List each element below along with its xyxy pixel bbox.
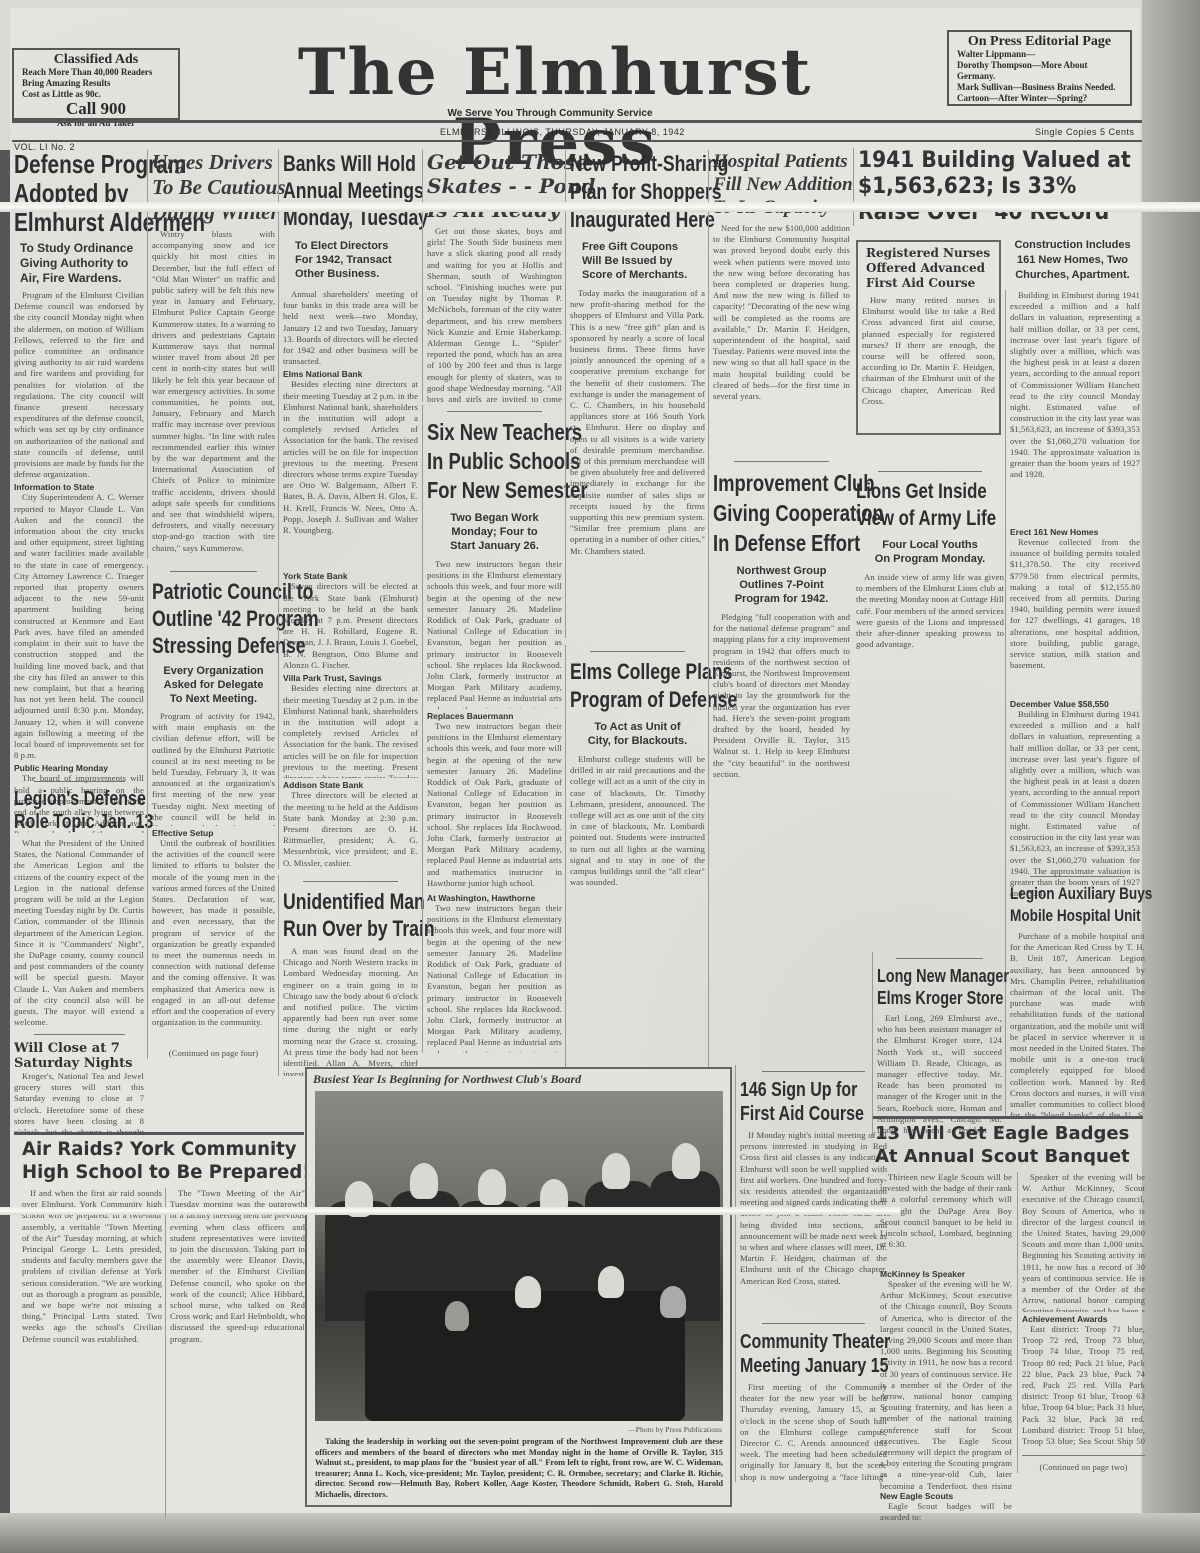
article-body: Wintry blasts with accompanying snow and… — [152, 229, 275, 559]
deck-line: To Elect Directors — [295, 239, 418, 253]
headline: Patriotic Council to — [152, 578, 250, 605]
headline: First Aid Course — [740, 1102, 858, 1126]
headline: Unidentified Man — [283, 888, 391, 915]
deck-line: Start January 26. — [427, 539, 562, 553]
deck-line: To Act as Unit of — [570, 720, 705, 734]
subhead: Addison State Bank — [283, 780, 418, 790]
headline: Program of Defense — [570, 686, 678, 714]
ear-call: Call 900 — [22, 100, 170, 118]
subhead: At Washington, Hawthorne — [427, 893, 562, 903]
headline: Run Over by Train — [283, 915, 391, 942]
deck-line: Northwest Group — [713, 564, 850, 578]
headline: Role Topic Jan. 13 — [14, 811, 118, 834]
article-body: Program of activity for 1942, with main … — [152, 711, 275, 826]
headline: 13 Will Get Eagle Badges — [875, 1122, 1143, 1145]
headline: Skates - - Pond — [427, 174, 562, 198]
divider — [170, 571, 256, 572]
subhead: Replaces Bauermann — [427, 711, 562, 721]
eagle-body-left: Thirteen new Eagle Scouts will be invest… — [880, 1172, 1012, 1523]
article-body: The "Town Meeting of the Air" Tuesday mo… — [170, 1188, 305, 1518]
article-improvement-club: Improvement Club Giving Cooperation In D… — [708, 455, 850, 1082]
article-legion-auxiliary: Legion Auxiliary Buys Mobile Hospital Un… — [1005, 870, 1145, 1116]
masthead-rule-top — [12, 120, 1142, 123]
headline: 1941 Building Valued at — [858, 148, 1120, 174]
ear-line: Reach More Than 40,000 Readers — [22, 67, 170, 78]
deck-line: Monday; Four to — [427, 525, 562, 539]
subhead: December Value $58,550 — [1010, 699, 1140, 709]
article-body: Two new instructors began their position… — [427, 559, 562, 709]
article-body: Two new instructors began their position… — [427, 721, 562, 891]
article-body: Besides electing nine directors at their… — [283, 379, 418, 569]
headline: In Public Schools — [427, 447, 535, 476]
deck-line: Free Gift Coupons — [582, 240, 705, 254]
photo-credit: —Photo by Press Publications — [628, 1424, 722, 1435]
divider — [1030, 876, 1125, 877]
deck: Four Local Youths On Program Monday. — [856, 538, 1004, 566]
article-body: If and when the first air raid sounds ov… — [22, 1188, 162, 1518]
headline: Legion's Defense — [14, 788, 118, 811]
article-community-theater: Community Theater Meeting January 15 Fir… — [735, 1317, 887, 1482]
subhead: Effective Setup — [152, 828, 275, 838]
masthead-rule-bottom — [12, 140, 1142, 142]
headline: Annual Meetings — [283, 177, 391, 204]
divider — [762, 1323, 865, 1324]
headline-line: Offered Advanced — [866, 261, 995, 276]
article-body: What the President of the United States,… — [14, 838, 144, 1028]
divider — [734, 461, 830, 462]
ear-line: Cartoon—After Winter—Spring? — [957, 93, 1122, 104]
article-body: If Monday night's initial meeting of all… — [740, 1130, 887, 1340]
air-raids-body-left: If and when the first air raid sounds ov… — [22, 1188, 162, 1518]
person-face — [660, 1286, 686, 1318]
article-legion-defense: Legion's Defense Role Topic Jan. 13 What… — [14, 775, 144, 1135]
article-body: Earl Long, 269 Elmhurst ave., who has be… — [877, 1013, 1002, 1138]
photo-feature-box: Busiest Year Is Beginning for Northwest … — [305, 1067, 732, 1507]
deck-line: Score of Merchants. — [582, 268, 705, 282]
headline: Outline '42 Program — [152, 605, 250, 632]
air-raids-rule — [14, 1132, 304, 1135]
article-banks-meetings: Banks Will Hold Annual Meetings Monday, … — [278, 150, 418, 869]
fold-crease-bottom — [0, 1207, 900, 1215]
article-body: First meeting of the Community theater f… — [740, 1382, 887, 1482]
article-first-aid-signup: 146 Sign Up for First Aid Course If Mond… — [735, 1065, 887, 1340]
deck-line: Air, Fire Wardens. — [20, 271, 144, 286]
article-body: Until the outbreak of hostilities the ac… — [152, 838, 275, 1048]
ear-line: Walter Lippmann— — [957, 49, 1122, 60]
deck-line: Other Business. — [295, 267, 418, 281]
article-patriotic-council: Patriotic Council to Outline '42 Program… — [147, 565, 275, 1059]
headline: Banks Will Hold — [283, 150, 391, 177]
deck: Northwest Group Outlines 7-Point Program… — [713, 564, 850, 606]
photo-title: Busiest Year Is Beginning for Northwest … — [307, 1069, 730, 1090]
deck-line: Four Local Youths — [856, 538, 1004, 552]
article-body: Need for the new $100,000 addition to th… — [713, 223, 850, 493]
price: Single Copies 5 Cents — [1035, 127, 1135, 137]
article-body: East district: Troop 71 blue, Troop 72 r… — [1022, 1324, 1145, 1449]
deck-line: Giving Authority to — [20, 256, 144, 271]
classified-ads-ear: Classified Ads Reach More Than 40,000 Re… — [12, 48, 180, 120]
ear-heading: Classified Ads — [22, 54, 170, 65]
page-edge-shadow — [1142, 0, 1200, 1553]
headline: Legion Auxiliary Buys — [1010, 883, 1118, 905]
fold-crease-top — [0, 202, 1200, 212]
ear-heading: On Press Editorial Page — [957, 36, 1122, 47]
article-body: Get out those skates, boys and girls! Th… — [427, 226, 562, 402]
divider — [34, 1034, 125, 1035]
deck: To Study Ordinance Giving Authority to A… — [20, 241, 144, 286]
article-body: Revenue collected from the issuance of b… — [1010, 537, 1140, 697]
headline: Community Theater — [740, 1330, 858, 1354]
divider — [896, 958, 984, 959]
headline: To Be Cautious — [152, 175, 275, 200]
subhead: Public Hearing Monday — [14, 763, 144, 773]
article-long-kroger-manager: Long New Manager Elms Kroger Store Earl … — [872, 952, 1002, 1138]
subhead: York State Bank — [283, 571, 418, 581]
article-body: Three directors will be elected at the m… — [283, 790, 418, 868]
article-body: How many retired nurses in Elmhurst woul… — [862, 295, 995, 425]
deck: Free Gift Coupons Will Be Issued by Scor… — [582, 240, 705, 282]
deck-line: City, for Blackouts. — [570, 734, 705, 748]
deck-line: Outlines 7-Point — [713, 578, 850, 592]
deck-line: 161 New Homes, Two — [1005, 253, 1140, 268]
headline: View of Army Life — [856, 505, 974, 532]
ear-line: Bring Amazing Results — [22, 78, 170, 89]
headline: Elms Kroger Store — [877, 987, 977, 1009]
divider — [762, 1071, 865, 1072]
article-elms-college: Elms College Plans Program of Defense To… — [565, 645, 705, 1074]
article-body: A man was found dead on the Chicago and … — [283, 946, 418, 1076]
photo-caption: Taking the leadership in working out the… — [315, 1437, 723, 1503]
headline: Fill New Addition — [713, 173, 850, 196]
article-air-raids-york: Air Raids? York Community High School to… — [22, 1138, 307, 1184]
headline: Six New Teachers — [427, 418, 535, 447]
editorial-page-ear: On Press Editorial Page Walter Lippmann—… — [947, 30, 1132, 106]
headline: Meeting January 15 — [740, 1354, 858, 1378]
headline: At Annual Scout Banquet — [875, 1145, 1143, 1168]
deck: Every Organization Asked for Delegate To… — [152, 664, 275, 706]
subhead: Erect 161 New Homes — [1010, 527, 1140, 537]
ear-line: Mark Sullivan—Business Brains Needed. — [957, 82, 1122, 93]
article-body: Eagle Scout badges will be awarded to: — [880, 1501, 1012, 1523]
masthead-tagline: We Serve You Through Community Service — [360, 108, 740, 119]
headline: Mobile Hospital Unit — [1010, 905, 1118, 927]
headline: High School to Be Prepared! — [22, 1161, 293, 1184]
headline: Giving Cooperation — [713, 498, 823, 528]
divider — [878, 471, 982, 472]
deck-line: Construction Includes — [1005, 238, 1140, 253]
headline: Elms College Plans — [570, 658, 678, 686]
headline-line: Registered Nurses — [866, 246, 995, 261]
article-body: An inside view of army life was given to… — [856, 572, 1004, 882]
deck-line: Two Began Work — [427, 511, 562, 525]
deck: To Elect Directors For 1942, Transact Ot… — [295, 239, 418, 281]
article-body: Speaker of the evening will be W. Arthur… — [1022, 1172, 1145, 1312]
person-face — [515, 1276, 541, 1308]
eagle-rule — [873, 1116, 1143, 1119]
deck-line: For 1942, Transact — [295, 253, 418, 267]
article-unidentified-man: Unidentified Man Run Over by Train A man… — [278, 875, 418, 1076]
headline: Registered Nurses Offered Advanced First… — [862, 246, 995, 291]
headline: Air Raids? York Community — [22, 1138, 293, 1161]
article-body: Elmhurst college students will be drille… — [570, 754, 705, 1074]
dateline: ELMHURST, ILLINOIS, THURSDAY, JANUARY 8,… — [440, 127, 685, 137]
subhead: Villa Park Trust, Savings — [283, 673, 418, 683]
person-face — [602, 1153, 630, 1189]
article-body: Annual shareholders' meeting of four ban… — [283, 289, 418, 367]
headline: Improvement Club — [713, 468, 823, 498]
deck-line: Asked for Delegate — [152, 678, 275, 692]
headline: New Profit-Sharing — [570, 150, 678, 178]
article-body: Pledging "full cooperation with and for … — [713, 612, 850, 1082]
headline: For New Semester — [427, 476, 535, 505]
building-deck: Construction Includes 161 New Homes, Two… — [1005, 238, 1140, 283]
headline: In Defense Effort — [713, 528, 823, 558]
article-body: Building in Elmhurst during 1941 exceede… — [1010, 290, 1140, 525]
article-body: Today marks the inauguration of a new pr… — [570, 288, 705, 638]
person-face — [672, 1143, 700, 1179]
deck-line: On Program Monday. — [856, 552, 1004, 566]
person-face — [445, 1301, 469, 1331]
article-1941-building: 1941 Building Valued at $1,563,623; Is 3… — [853, 148, 1143, 226]
divider — [34, 781, 125, 782]
divider — [447, 411, 542, 412]
article-registered-nurses: Registered Nurses Offered Advanced First… — [856, 240, 1001, 435]
headline: 146 Sign Up for — [740, 1078, 858, 1102]
subhead: Elms National Bank — [283, 369, 418, 379]
article-body: Purchase of a mobile hospital unit for t… — [1010, 931, 1145, 1116]
article-body: Two new instructors began their position… — [427, 903, 562, 1053]
front-row-silhouettes — [365, 1291, 685, 1421]
headline-line: First Aid Course — [866, 276, 995, 291]
subhead: Achievement Awards — [1022, 1314, 1145, 1324]
headline: $1,563,623; Is 33% — [858, 174, 1120, 200]
person-face — [598, 1266, 624, 1298]
headline: Get Out Those — [427, 150, 562, 174]
headline: Hospital Patients — [713, 150, 850, 173]
article-body: Speaker of the evening will be W. Arthur… — [880, 1279, 1012, 1489]
divider — [303, 881, 398, 882]
binding-shadow — [0, 150, 10, 1550]
headline: Elmhurst Aldermen — [14, 208, 118, 237]
headline: Stressing Defense — [152, 632, 250, 659]
article-eagle-badges: 13 Will Get Eagle Badges At Annual Scout… — [875, 1122, 1143, 1168]
article-lions-army-life: Lions Get Inside View of Army Life Four … — [856, 465, 1004, 882]
deck-line: Churches, Apartment. — [1005, 268, 1140, 283]
article-body: City Superintendent A. C. Werner reporte… — [14, 492, 144, 761]
ear-line: Dorothy Thompson—More About Germany. — [957, 60, 1122, 82]
headline-line: Saturday Nights — [14, 1056, 144, 1071]
person-face — [410, 1163, 438, 1199]
continued-jump[interactable]: (Continued on page four) — [152, 1048, 275, 1059]
article-profit-sharing: New Profit-Sharing Plan for Shoppers Ina… — [565, 150, 705, 638]
divider — [590, 651, 685, 652]
headline-line: Will Close at 7 — [14, 1041, 144, 1056]
headline: Will Close at 7 Saturday Nights — [14, 1041, 144, 1071]
group-photo — [315, 1091, 723, 1421]
article-defense-program: Defense Program Adopted by Elmhurst Alde… — [14, 150, 144, 833]
article-body: Kroger's, National Tea and Jewel grocery… — [14, 1071, 144, 1135]
article-body: Program of the Elmhurst Civilian Defense… — [14, 290, 144, 480]
deck: To Act as Unit of City, for Blackouts. — [570, 720, 705, 748]
deck-line: Program for 1942. — [713, 592, 850, 606]
continued-jump[interactable]: (Continued on page two) — [1022, 1462, 1145, 1473]
article-six-new-teachers: Six New Teachers In Public Schools For N… — [422, 405, 562, 1053]
deck-line: To Next Meeting. — [152, 692, 275, 706]
headline: Long New Manager — [877, 965, 977, 987]
headline: Defense Program — [14, 150, 118, 179]
eagle-body-right: Speaker of the evening will be W. Arthur… — [1017, 1172, 1145, 1473]
person-face — [478, 1169, 506, 1205]
air-raids-body-right: The "Town Meeting of the Air" Tuesday mo… — [165, 1188, 305, 1518]
article-body: Seven directors will be elected at the Y… — [283, 581, 418, 671]
article-skates-pond: Get Out Those Skates - - Pond Is All Rea… — [422, 150, 562, 402]
deck: Two Began Work Monday; Four to Start Jan… — [427, 511, 562, 553]
building-body-column: Building in Elmhurst during 1941 exceede… — [1005, 290, 1140, 924]
deck-line: Will Be Issued by — [582, 254, 705, 268]
page-bottom-shadow — [0, 1513, 1200, 1553]
newspaper-page: Classified Ads Reach More Than 40,000 Re… — [0, 0, 1200, 1553]
headline: Urges Drivers — [152, 150, 275, 175]
article-body: Thirteen new Eagle Scouts will be invest… — [880, 1172, 1012, 1267]
deck-line: Every Organization — [152, 664, 275, 678]
subhead: Information to State — [14, 482, 144, 492]
subhead: McKinney Is Speaker — [880, 1269, 1012, 1279]
article-body: Besides electing nine directors at their… — [283, 683, 418, 778]
headline: Lions Get Inside — [856, 478, 974, 505]
subhead: New Eagle Scouts — [880, 1491, 1012, 1501]
divider — [1022, 1455, 1145, 1456]
deck-line: To Study Ordinance — [20, 241, 144, 256]
